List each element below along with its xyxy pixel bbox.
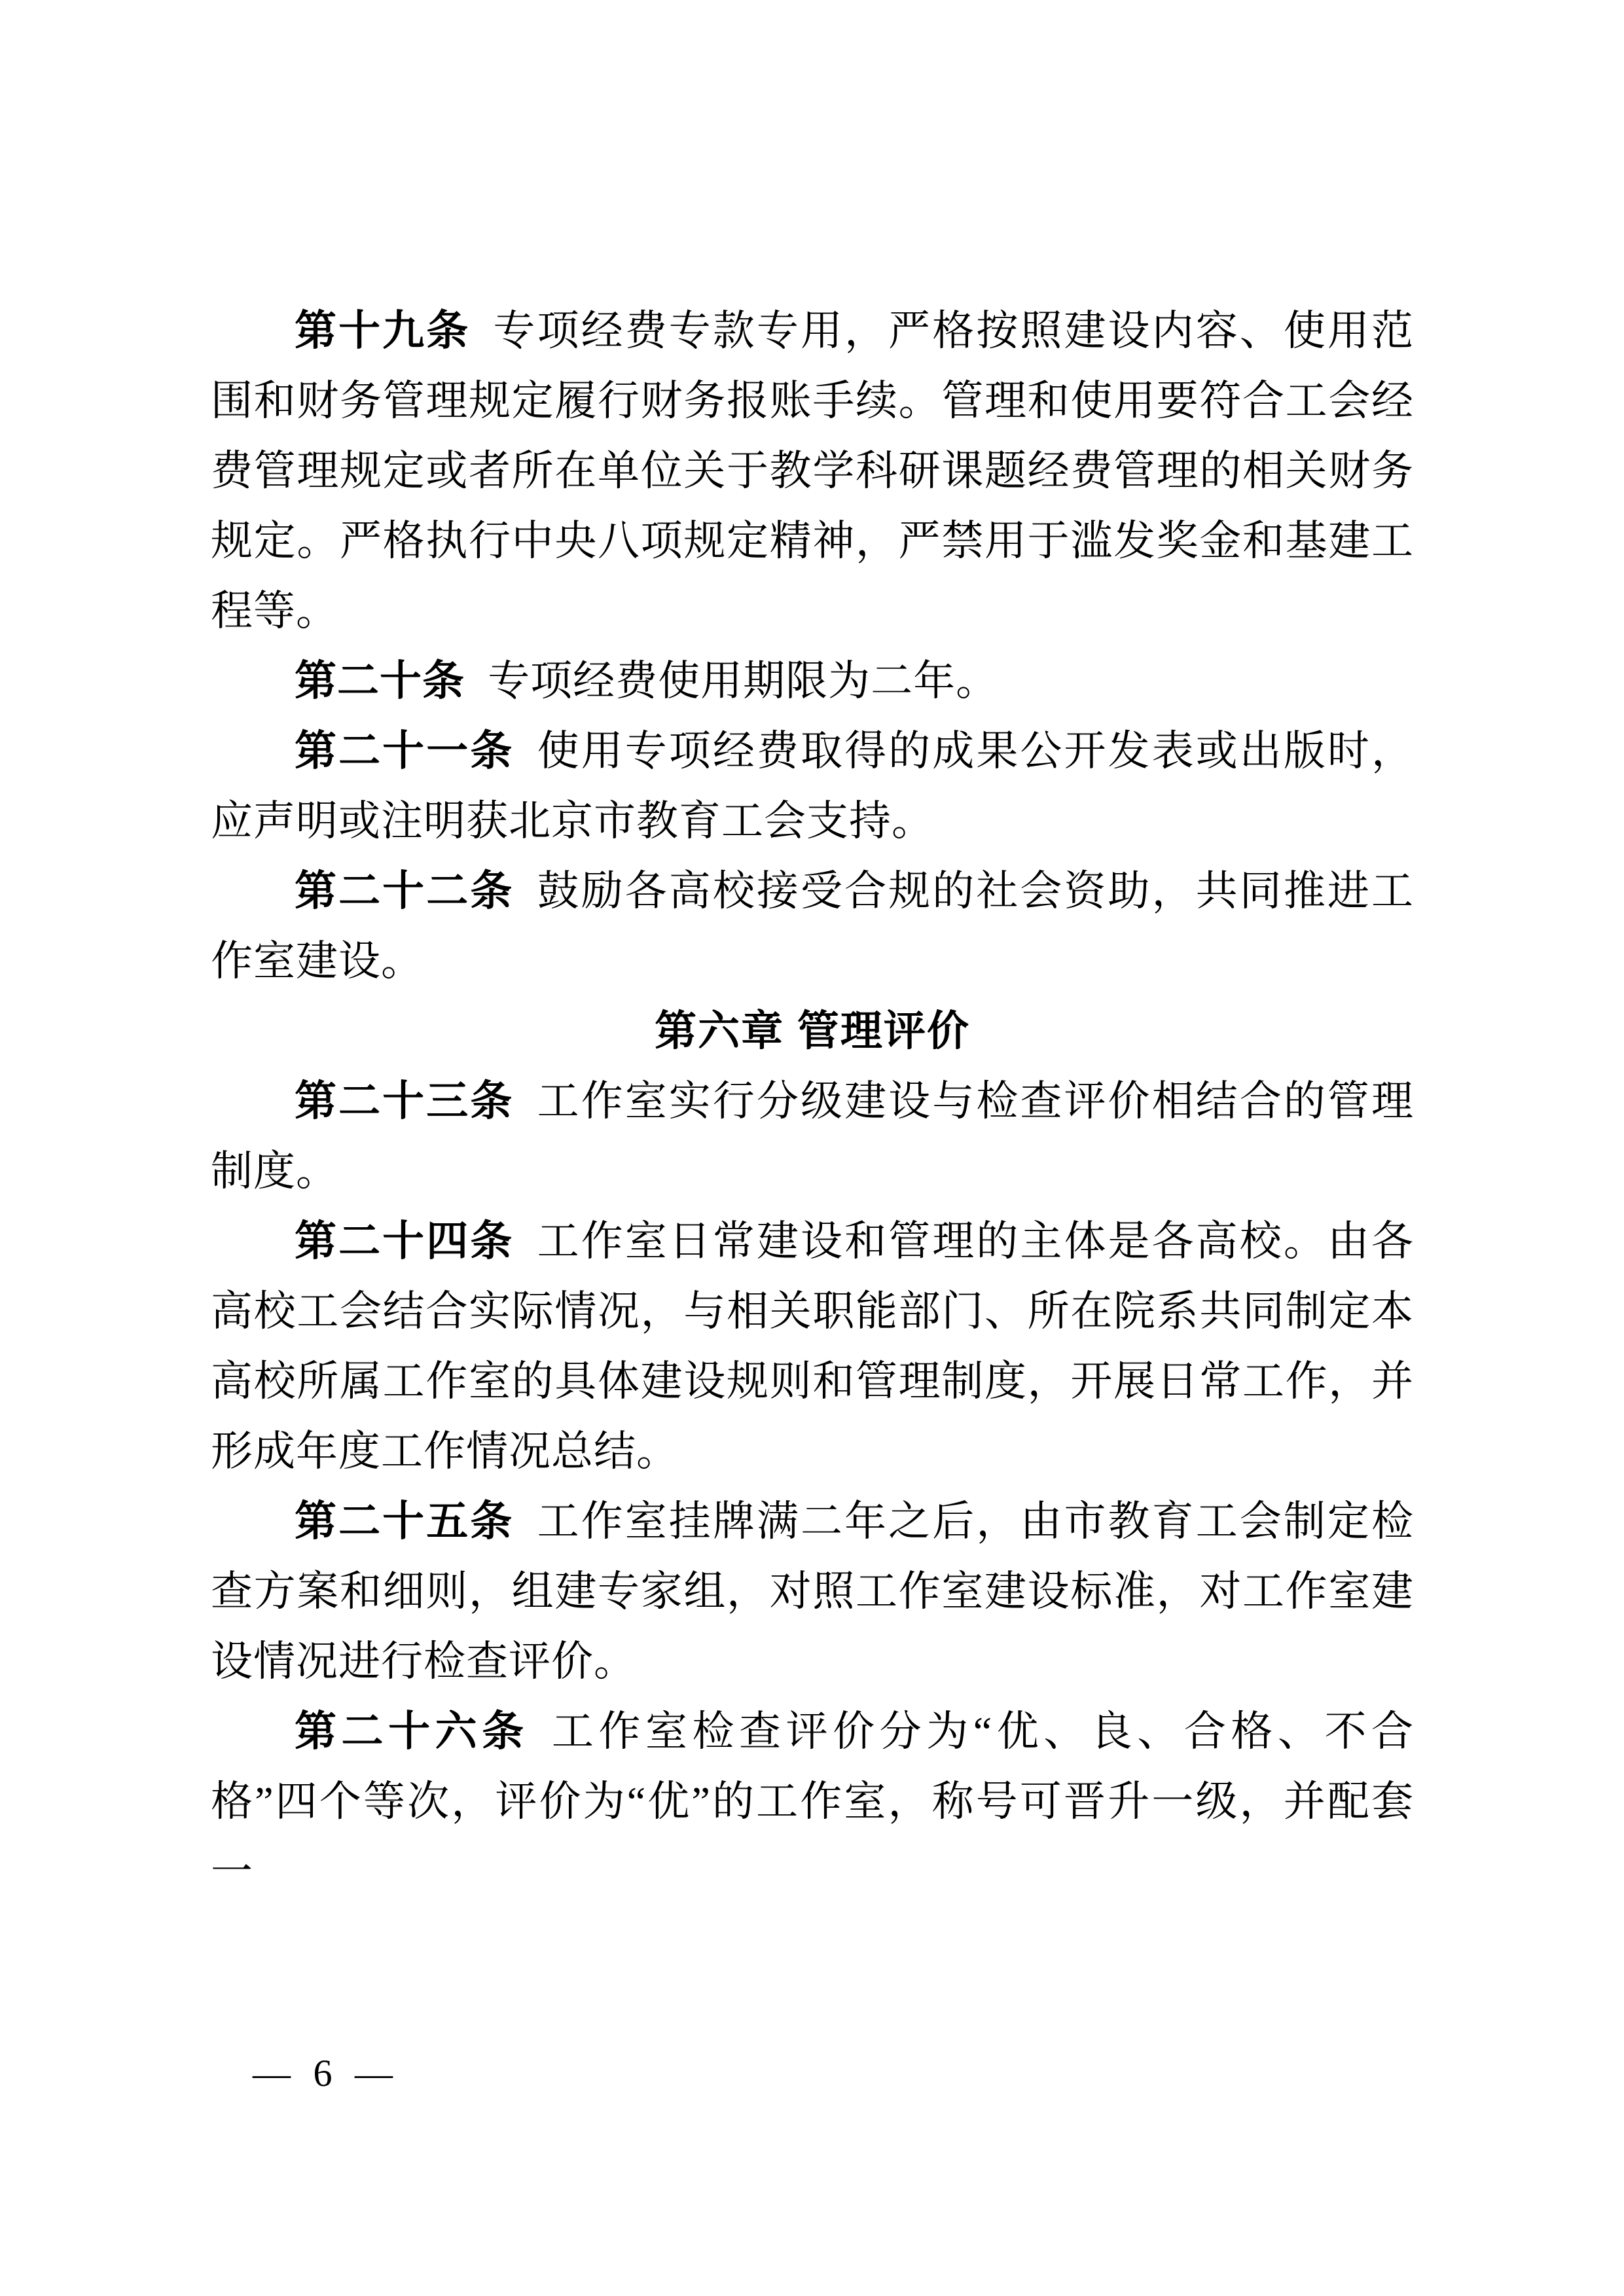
article-19-text: 专项经费专款专用，严格按照建设内容、使用范围和财务管理规定履行财务报账手续。管理… xyxy=(211,308,1414,634)
article-22-label: 第二十二条 xyxy=(295,867,514,914)
article-20: 第二十条专项经费使用期限为二年。 xyxy=(211,646,1414,716)
document-page: 第十九条专项经费专款专用，严格按照建设内容、使用范围和财务管理规定履行财务报账手… xyxy=(0,0,1624,2296)
article-26-label: 第二十六条 xyxy=(295,1708,529,1755)
article-19-label: 第十九条 xyxy=(295,307,470,354)
article-24-label: 第二十四条 xyxy=(295,1217,514,1265)
article-20-label: 第二十条 xyxy=(295,657,465,704)
article-23-label: 第二十三条 xyxy=(295,1077,514,1124)
article-26: 第二十六条工作室检查评价分为“优、良、合格、不合格”四个等次，评价为“优”的工作… xyxy=(211,1696,1414,1907)
article-25-label: 第二十五条 xyxy=(295,1498,514,1545)
article-25: 第二十五条工作室挂牌满二年之后，由市教育工会制定检查方案和细则，组建专家组，对照… xyxy=(211,1486,1414,1696)
article-22: 第二十二条鼓励各高校接受合规的社会资助，共同推进工作室建设。 xyxy=(211,856,1414,996)
article-21: 第二十一条使用专项经费取得的成果公开发表或出版时，应声明或注明获北京市教育工会支… xyxy=(211,716,1414,856)
article-19: 第十九条专项经费专款专用，严格按照建设内容、使用范围和财务管理规定履行财务报账手… xyxy=(211,296,1414,646)
article-21-label: 第二十一条 xyxy=(295,727,514,774)
document-body: 第十九条专项经费专款专用，严格按照建设内容、使用范围和财务管理规定履行财务报账手… xyxy=(211,296,1414,1907)
page-number: — 6 — xyxy=(253,2052,399,2094)
page-footer: — 6 — xyxy=(253,2047,399,2100)
article-23: 第二十三条工作室实行分级建设与检查评价相结合的管理制度。 xyxy=(211,1066,1414,1206)
chapter-heading: 第六章 管理评价 xyxy=(211,996,1414,1066)
article-20-text: 专项经费使用期限为二年。 xyxy=(488,658,998,704)
article-24: 第二十四条工作室日常建设和管理的主体是各高校。由各高校工会结合实际情况，与相关职… xyxy=(211,1206,1414,1486)
